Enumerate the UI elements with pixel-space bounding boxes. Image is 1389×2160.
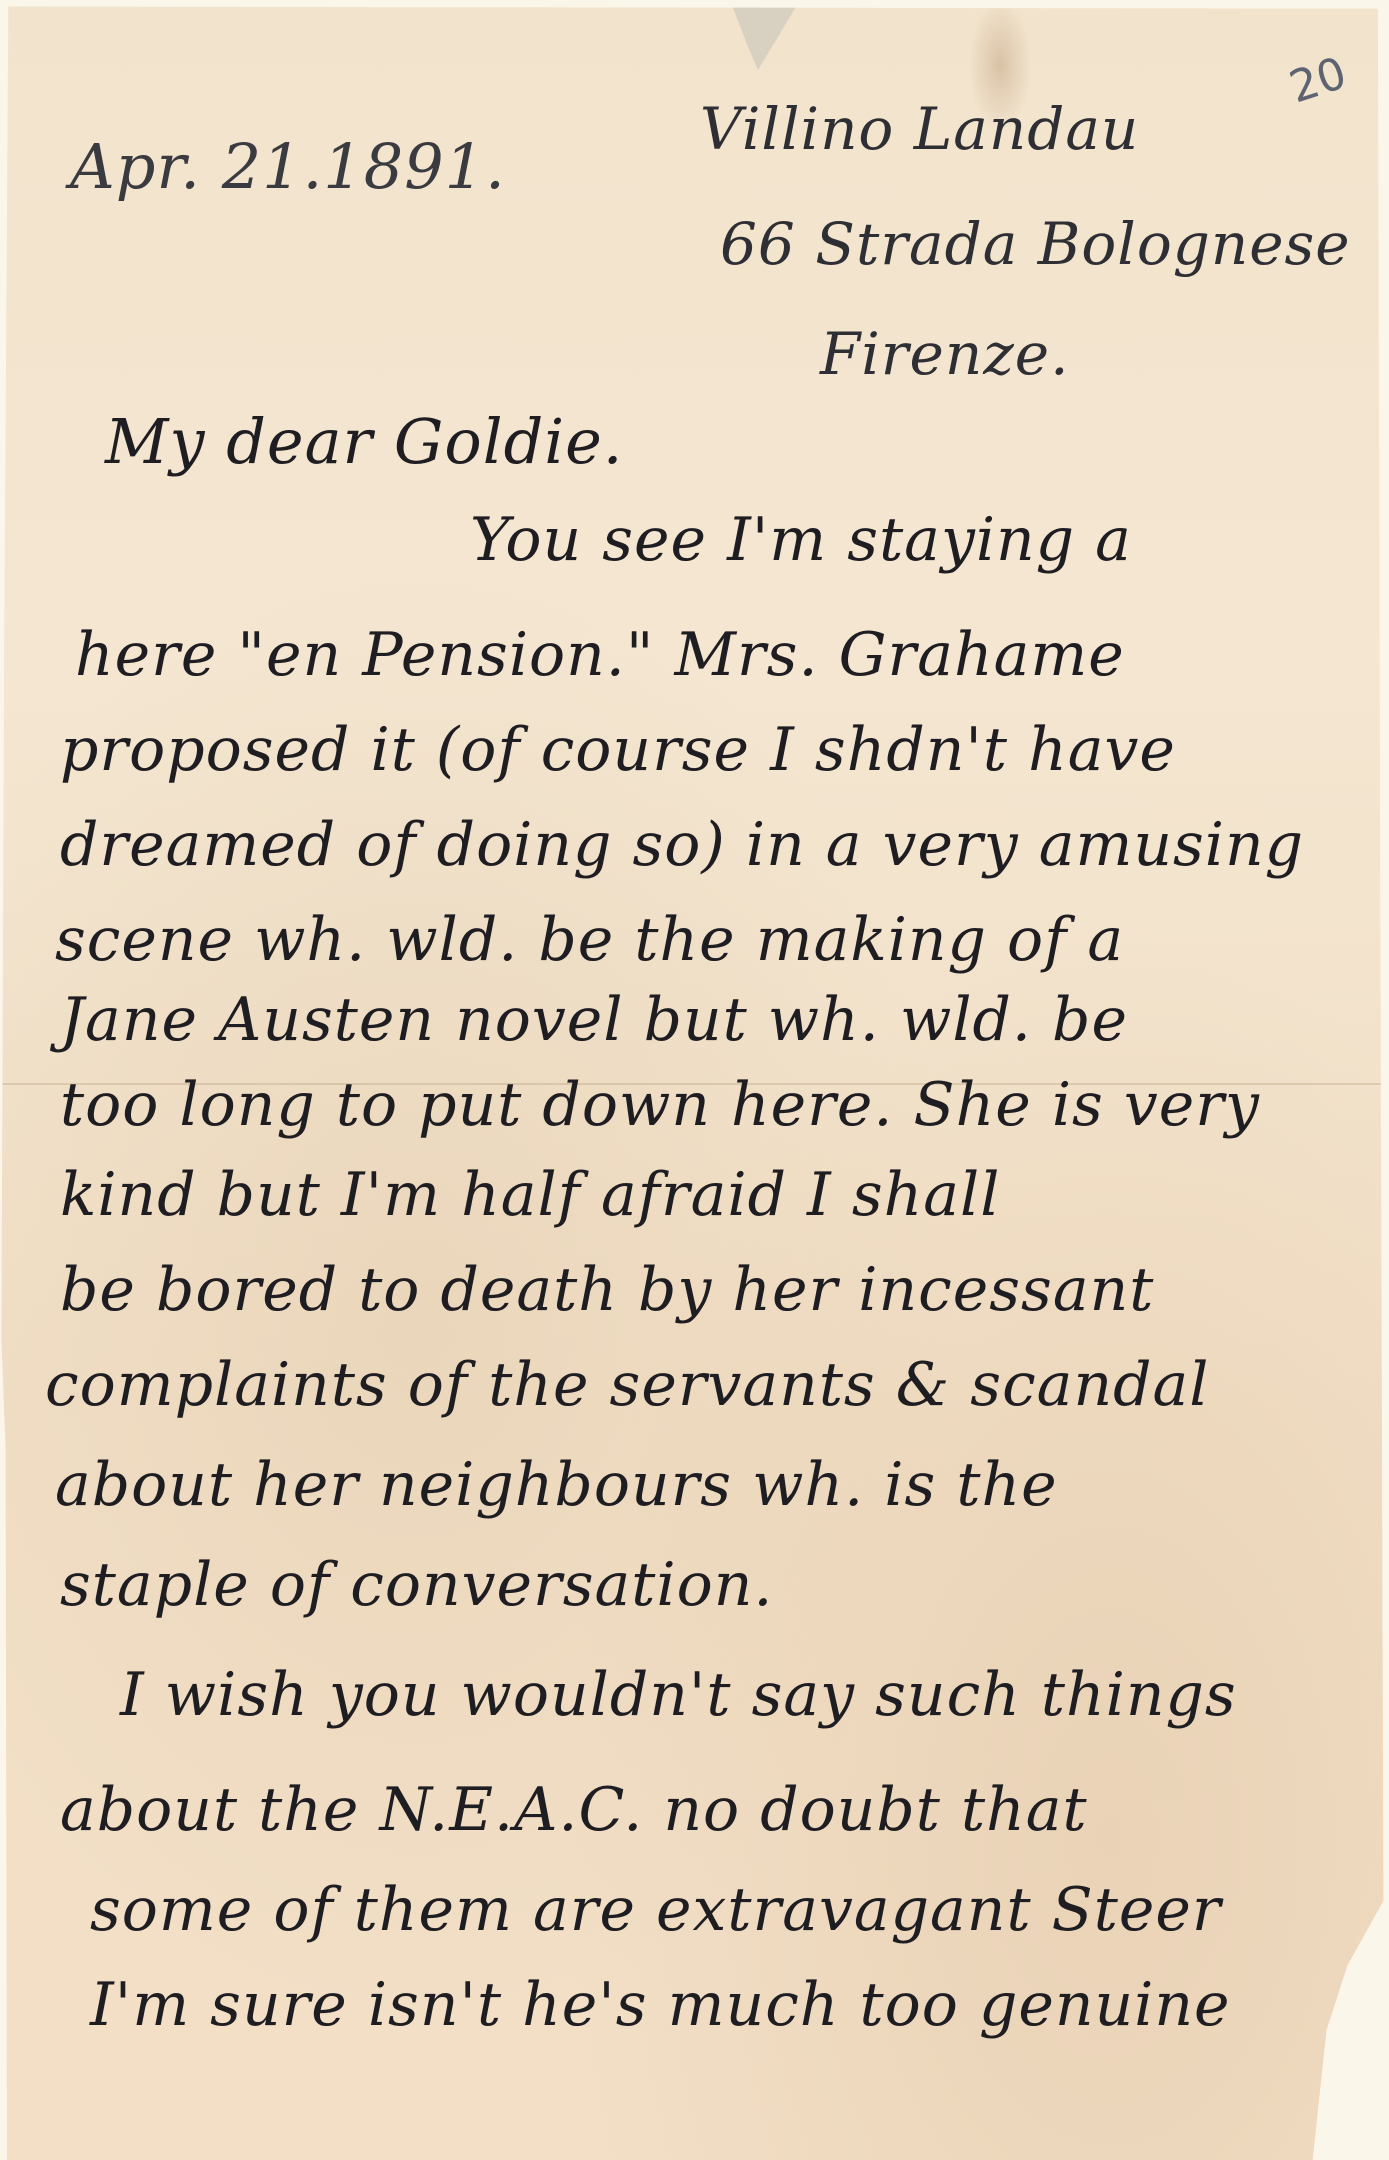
body-line-11: about her neighbours wh. is the [55,1450,1058,1520]
body-line-3: proposed it (of course I shdn't have [60,715,1176,785]
body-line-5: scene wh. wld. be the making of a [55,905,1124,975]
letter-page: 20 Apr. 21.1891. Villino Landau 66 Strad… [0,0,1389,2160]
salutation: My dear Goldie. [105,405,624,478]
address-line-1: Villino Landau [700,95,1139,163]
body-line-14: about the N.E.A.C. no doubt that [60,1775,1088,1845]
body-line-15: some of them are extravagant Steer [90,1875,1222,1945]
body-line-9: be bored to death by her incessant [60,1255,1154,1325]
body-line-2: here "en Pension." Mrs. Grahame [75,620,1125,690]
body-line-6: Jane Austen novel but wh. wld. be [60,985,1128,1055]
address-line-3: Firenze. [820,320,1070,388]
body-line-7: too long to put down here. She is very [60,1070,1260,1140]
body-line-4: dreamed of doing so) in a very amusing [60,810,1304,880]
body-line-8: kind but I'm half afraid I shall [60,1160,1000,1230]
page-number: 20 [1283,48,1352,114]
body-line-10: complaints of the servants & scandal [45,1350,1209,1420]
letter-date: Apr. 21.1891. [70,130,506,203]
body-line-13: I wish you wouldn't say such things [120,1660,1237,1730]
body-line-16: I'm sure isn't he's much too genuine [90,1970,1231,2040]
address-line-2: 66 Strada Bolognese [720,210,1351,278]
body-line-1: You see I'm staying a [470,505,1132,575]
paper-tear [730,0,800,70]
body-line-12: staple of conversation. [60,1550,773,1620]
